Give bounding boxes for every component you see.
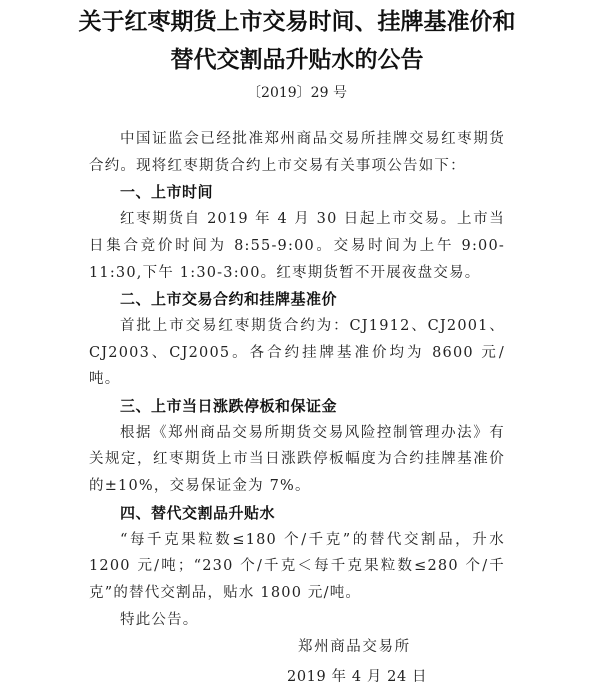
- document-body: 中国证监会已经批准郑州商品交易所挂牌交易红枣期货合约。现将红枣期货合约上市交易有…: [89, 126, 505, 633]
- section-body-price-limit-margin: 根据《郑州商品交易所期货交易风险控制管理办法》有关规定，红枣期货上市当日涨跌停板…: [89, 420, 505, 500]
- section-heading-listing-time: 一、上市时间: [89, 179, 505, 206]
- section-heading-price-limit-margin: 三、上市当日涨跌停板和保证金: [89, 393, 505, 420]
- document-number: 〔2019〕29 号: [0, 82, 594, 102]
- section-body-listing-time: 红枣期货自 2019 年 4 月 30 日起上市交易。上市当日集合竞价时间为 8…: [89, 206, 505, 286]
- issue-date: 2019 年 4 月 24 日: [287, 665, 427, 686]
- section-heading-contracts-base-price: 二、上市交易合约和挂牌基准价: [89, 286, 505, 313]
- section-heading-substitute-delivery: 四、替代交割品升贴水: [89, 500, 505, 527]
- section-body-substitute-delivery: “每千克果粒数≤180 个/千克”的替代交割品，升水 1200 元/吨；“230…: [89, 527, 505, 607]
- document-title-line-1: 关于红枣期货上市交易时间、挂牌基准价和: [0, 3, 594, 36]
- intro-paragraph: 中国证监会已经批准郑州商品交易所挂牌交易红枣期货合约。现将红枣期货合约上市交易有…: [89, 126, 505, 179]
- issuer-signature: 郑州商品交易所: [298, 635, 411, 656]
- closing-paragraph: 特此公告。: [89, 607, 505, 634]
- section-body-contracts-base-price: 首批上市交易红枣期货合约为：CJ1912、CJ2001、CJ2003、CJ200…: [89, 313, 505, 393]
- document-title-line-2: 替代交割品升贴水的公告: [0, 41, 594, 74]
